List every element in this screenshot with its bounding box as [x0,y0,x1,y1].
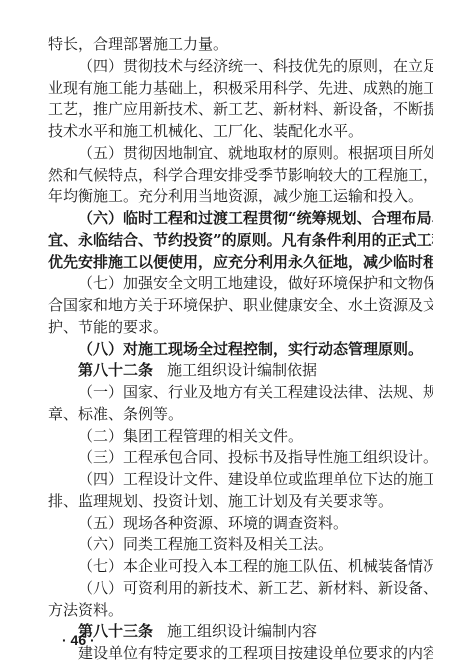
text-line: （五）贯彻因地制宜、就地取材的原则。根据项目所处地区自 [48,143,433,165]
text-line: （五）现场各种资源、环境的调查资料。 [48,513,433,535]
text-line: （三）工程承包合同、投标书及指导性施工组织设计。 [48,447,433,469]
article-title: 施工组织设计编制依据 [167,361,317,379]
text-line: （六）同类工程施工资料及相关工法。 [48,534,433,556]
text-line: 业现有施工能力基础上，积极采用科学、先进、成熟的施工方法和 [48,78,433,100]
text-line-bold: （八）对施工现场全过程控制，实行动态管理原则。 [48,339,433,361]
text-line: （七）加强安全文明工地建设，做好环境保护和文物保护；符 [48,273,433,295]
text-line: 特长，合理部署施工力量。 [48,34,433,56]
text-line: 合国家和地方关于环境保护、职业健康安全、水土资源及文物保 [48,295,433,317]
text-line: 方法资料。 [48,600,433,622]
article-heading-82: 第八十二条施工组织设计编制依据 [48,360,433,382]
text-line: （七）本企业可投入本工程的施工队伍、机械装备情况。 [48,556,433,578]
text-line: （四）工程设计文件、建设单位或监理单位下达的施工组织安 [48,469,433,491]
text-line-bold: （六）临时工程和过渡工程贯彻“统筹规划、合理布局、因地制 [48,208,433,230]
article-title: 施工组织设计编制内容 [167,622,317,640]
text-line: 护、节能的要求。 [48,317,433,339]
text-line: 建设单位有特定要求的工程项目按建设单位要求的内容编制， [48,643,433,665]
document-page: 特长，合理部署施工力量。 （四）贯彻技术与经济统一、科技优先的原则，在立足于本企… [48,34,433,665]
text-line: 工艺，推广应用新技术、新工艺、新材料、新设备，不断提高施工 [48,99,433,121]
text-line: 年均衡施工。充分利用当地资源，减少施工运输和投入。 [48,186,433,208]
text-line: 技术水平和施工机械化、工厂化、装配化水平。 [48,121,433,143]
page-number: · 46 · [62,632,95,648]
text-line: （八）可资利用的新技术、新工艺、新材料、新设备、新检测 [48,578,433,600]
article-heading-83: 第八十三条施工组织设计编制内容 [48,621,433,643]
text-line: 排、监理规划、投资计划、施工计划及有关要求等。 [48,491,433,513]
text-line: （一）国家、行业及地方有关工程建设法律、法规、规范、规 [48,382,433,404]
text-line: 然和气候特点，科学合理安排受季节影响较大的工程施工，确保全 [48,165,433,187]
text-line-bold: 宜、永临结合、节约投资”的原则。凡有条件利用的正式工程，均应 [48,230,433,252]
text-line: 章、标准、条例等。 [48,404,433,426]
text-line: （二）集团工程管理的相关文件。 [48,426,433,448]
article-number: 第八十二条 [78,361,153,379]
text-line-bold: 优先安排施工以便使用，应充分利用永久征地，减少临时租地。 [48,252,433,274]
text-line: （四）贯彻技术与经济统一、科技优先的原则，在立足于本企 [48,56,433,78]
